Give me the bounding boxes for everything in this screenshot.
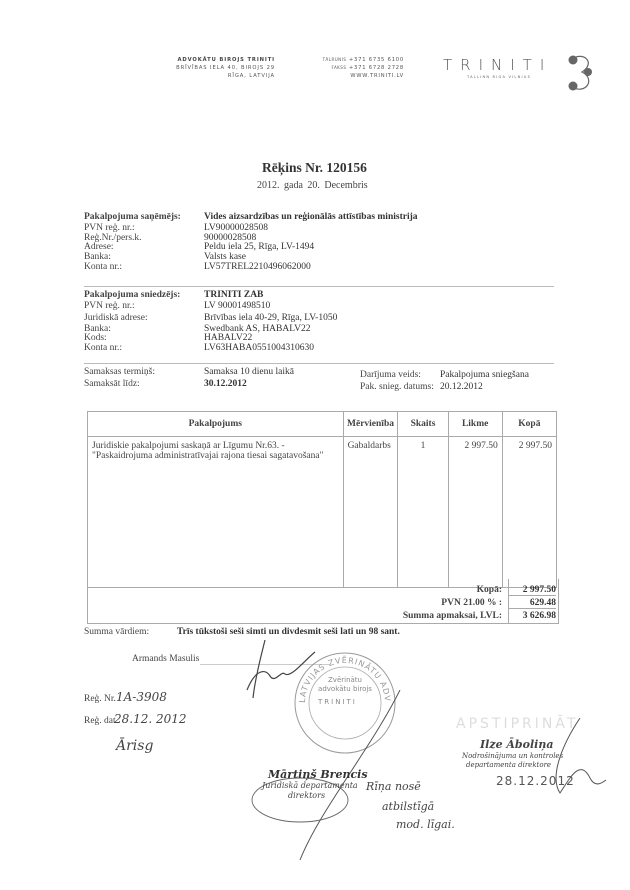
col-header-total: Kopā [502,412,556,437]
provider-legal-address: Brīvības iela 40-29, Rīga, LV-1050 [204,312,504,324]
logo-wordmark: TRINITI [443,56,552,74]
grand-total-label: Summa apmaksai, LVL: [403,611,502,621]
recipient-label: PVN reģ. nr.: [84,223,204,234]
provider-bank-code: HABALV22 [204,334,504,343]
deal-type-label: Darījuma veids: [360,370,421,381]
payment-due-value: 30.12.2012 [204,379,247,390]
table-header-row: Pakalpojums Mērvienība Skaits Likme Kopā [88,412,557,437]
recipient-bank: Valsts kase [204,252,504,263]
table-row: Juridiskie pakalpojumi saskaņā ar Līgumu… [88,437,557,588]
amount-words-label: Summa vārdiem: [84,627,149,638]
phone-label: TĀLRUNIS [323,57,347,62]
cell-service: Juridiskie pakalpojumi saskaņā ar Līgumu… [88,437,344,588]
recipient-account: LV57TREL2210496062000 [204,262,504,273]
col-header-unit: Mērvienība [343,412,398,437]
website: WWW.TRINITI.LV [316,72,404,80]
subtotal-value: 2 997.50 [508,585,556,596]
provider-label: Konta nr.: [84,343,204,354]
fax-number: +371 6728 2728 [349,65,404,71]
payment-term-label: Samaksas termiņš: [84,367,155,378]
handwritten-note-2: atbilstīgā [382,800,434,813]
fax-label: FAKSS [332,65,347,70]
provider-label: PVN reģ. nr.: [84,301,204,312]
grand-total-value: 3 626.98 [508,611,556,621]
provider-heading: Pakalpojuma sniedzējs: [84,290,214,301]
reg-date-label: Reģ. dat [84,716,116,727]
service-line1: Juridiskie pakalpojumi saskaņā ar Līgumu… [92,441,339,451]
provider-label: Kods: [84,334,204,343]
approver-title-2: departamenta direktore [466,761,551,769]
firm-name: ADVOKĀTU BIROJS TRINITI [175,56,275,64]
deal-type-value: Pakalpojuma sniegšana [440,370,529,381]
reg-date-value: 28.12. 2012 [114,712,187,726]
vat-value: 629.48 [508,598,556,609]
triniti-three-icon [566,53,596,98]
signer2-title-line2: direktors [288,791,325,800]
amount-words-value: Trīs tūkstoši seši simti un divdesmit se… [177,627,400,638]
recipient-heading: Pakalpojuma saņēmējs: [84,212,214,223]
recipient-vat-number: LV90000028508 [204,223,504,234]
payment-due-label: Samaksāt līdz: [84,379,140,390]
provider-name: TRINITI ZAB [204,290,504,301]
subtotal-label: Kopā: [477,585,502,595]
handwritten-note-1: Rīņa nosē [366,780,421,793]
approver-signature-icon [540,718,610,798]
firm-address-line1: BRĪVĪBAS IELA 40, BIROJS 29 [175,64,275,72]
provider-vat-number: LV 90001498510 [204,301,504,312]
invoice-title: Rēķins Nr. 120156 [262,160,367,176]
col-header-service: Pakalpojums [88,412,344,437]
service-date-value: 20.12.2012 [440,382,483,393]
cell-rate: 2 997.50 [448,437,502,588]
cell-unit: Gabaldarbs [343,437,398,588]
items-table: Pakalpojums Mērvienība Skaits Likme Kopā… [87,411,557,588]
signer1-name: Armands Masulis [132,654,199,665]
service-date-label: Pak. snieg. datums: [360,382,434,393]
reg-no-value: 1A-3908 [116,690,167,704]
provider-label: Juridiskā adrese: [84,312,204,324]
cell-total: 2 997.50 [502,437,556,588]
col-header-quantity: Skaits [398,412,448,437]
logo-cities: TALLINN RIGA VILNIUS [467,75,531,79]
cell-quantity: 1 [398,437,448,588]
firm-address-block: ADVOKĀTU BIROJS TRINITI BRĪVĪBAS IELA 40… [175,56,275,80]
stamp-text-1: Zvērinātu [320,676,370,684]
phone-number: +371 6735 6100 [349,57,404,63]
invoice-date: 2012. gada 20. Decembris [257,180,368,191]
initials: Ārisg [116,738,153,754]
provider-account: LV63HABA0551004310630 [204,343,504,354]
handwritten-note-3: mod. līgai. [396,818,455,831]
recipient-name: Vides aizsardzības un reģionālās attīstī… [204,212,524,223]
signer2-name: Mārtiņš Brencis [268,768,368,781]
col-header-rate: Likme [448,412,502,437]
firm-contact-block: TĀLRUNIS +371 6735 6100 FAKSS +371 6728 … [316,56,404,80]
recipient-label: Konta nr.: [84,262,204,273]
recipient-address: Peldu iela 25, Rīga, LV-1494 [204,243,504,252]
reg-no-label: Reģ. Nr. [84,694,116,705]
firm-address-line2: RĪGA, LATVIJA [175,72,275,80]
recipient-label: Adrese: [84,243,204,252]
vat-label: PVN 21.00 % : [441,598,502,608]
recipient-label: Banka: [84,252,204,263]
service-line2: "Paskaidrojuma administratīvajai rajona … [92,451,339,461]
divider [84,286,554,287]
payment-term-value: Samaksa 10 dienu laikā [204,367,294,378]
signer2-title-line1: Juridiskā departamenta [262,781,358,790]
divider [84,363,554,364]
